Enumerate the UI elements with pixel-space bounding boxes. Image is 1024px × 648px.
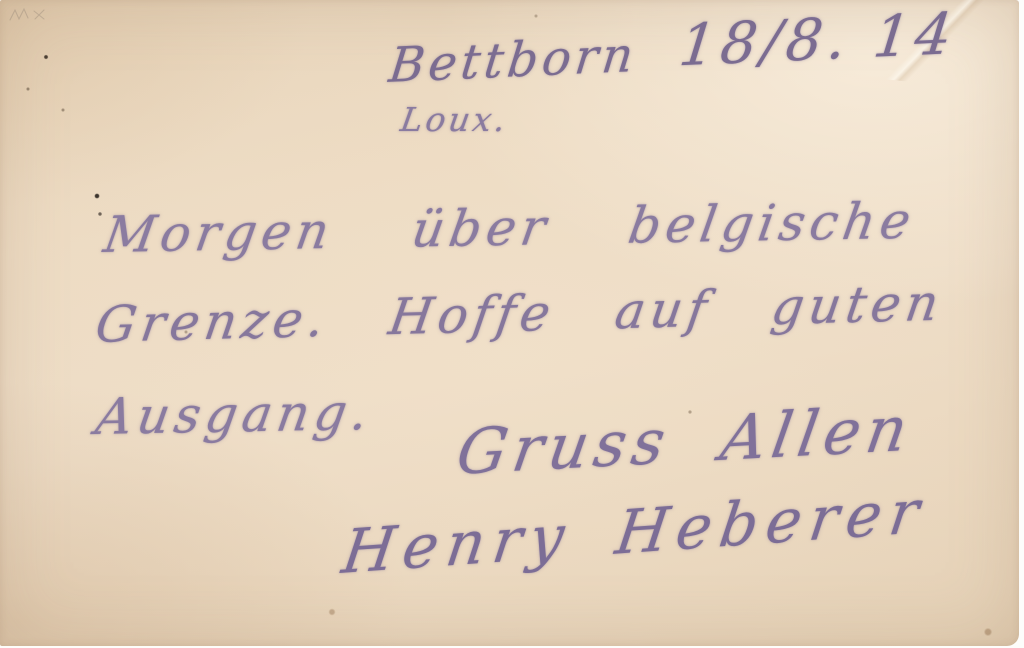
message-line-2: Grenze. Hoffe auf guten xyxy=(92,274,947,354)
postcard-paper: Bettborn 18/8. 14 Loux. Morgen über belg… xyxy=(0,0,1019,646)
header-place-date-line: Bettborn 18/8. 14 xyxy=(386,5,960,96)
place-name: Bettborn xyxy=(386,27,640,94)
message-line-1: Morgen über belgische xyxy=(100,192,920,264)
message-line-3: Ausgang. xyxy=(92,383,377,446)
region-text: Loux. xyxy=(398,100,511,139)
photo-background: Bettborn 18/8. 14 Loux. Morgen über belg… xyxy=(0,0,1024,648)
greeting-text: Gruss Allen xyxy=(452,391,919,489)
signature-text: Henry Heberer xyxy=(338,476,931,588)
photo-edge-strip xyxy=(1019,0,1024,648)
faint-pencil-mark xyxy=(8,6,52,24)
date-text: 18/8. 14 xyxy=(676,1,960,79)
header-gap xyxy=(635,69,677,71)
